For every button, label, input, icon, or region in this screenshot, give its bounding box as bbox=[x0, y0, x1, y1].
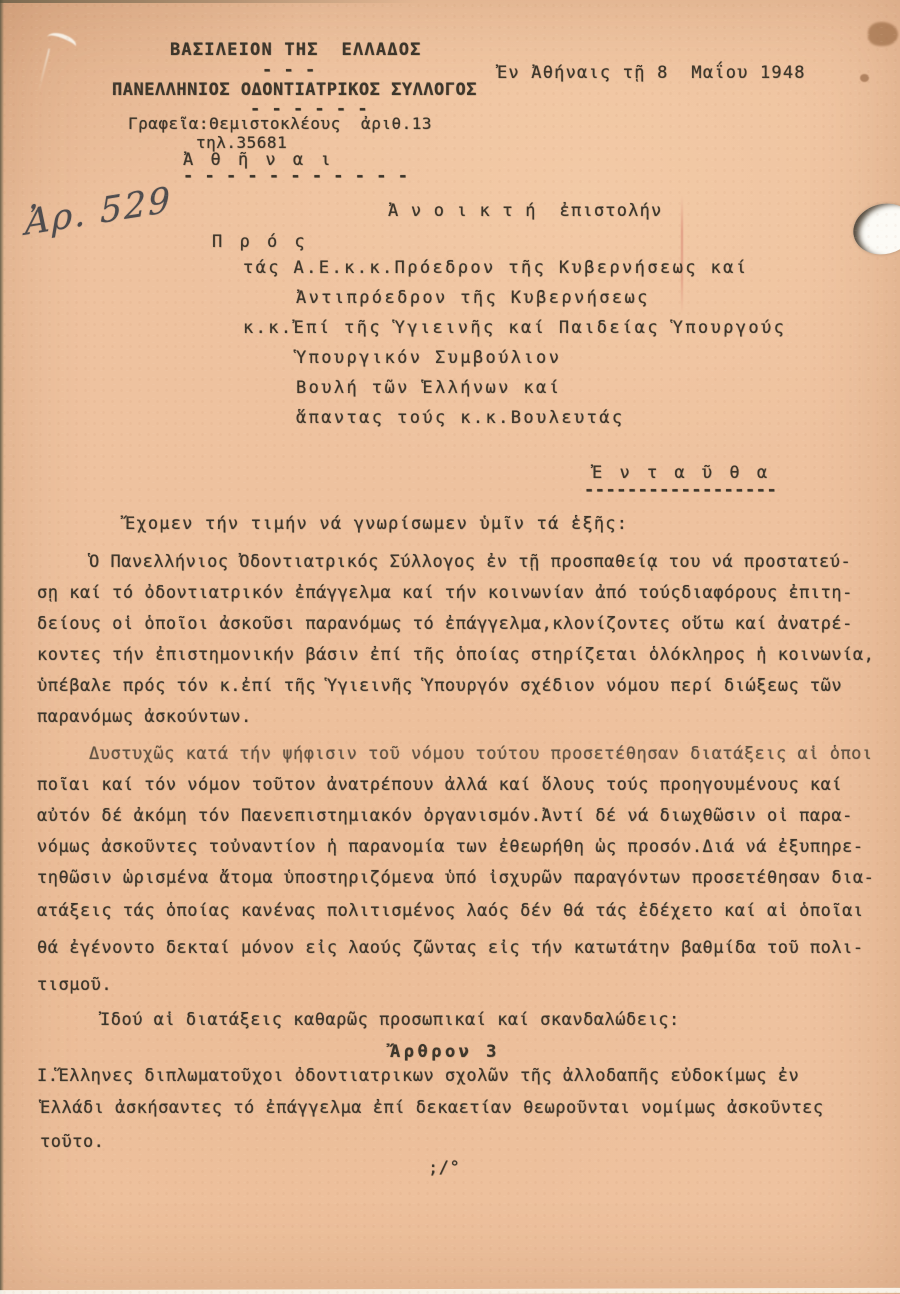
body-line: νόμως ἀσκοῦντες τοὐναντίον ἡ παρανομία τ… bbox=[37, 837, 864, 857]
letterhead-separator-3: - - - - - - - - - - - bbox=[183, 166, 408, 186]
article-heading: Ἄρθρον 3 bbox=[390, 1042, 500, 1062]
body-line: δείους οἱ ὁποῖοι ἀσκοῦσι παρανόμως τό ἐπ… bbox=[37, 614, 853, 634]
recipient-line: Ἀντιπρόεδρον τῆς Κυβερνήσεως bbox=[296, 288, 650, 308]
paper-top-edge-shadow bbox=[0, 0, 420, 3]
recipient-line: Ὑπουργικόν Συμβούλιον bbox=[296, 348, 561, 368]
letter-title: Ἀ ν ο ι κ τ ή ἐπιστολήν bbox=[388, 201, 662, 221]
salutation-pros: Π ρ ό ς bbox=[212, 232, 308, 252]
body-line: παρανόμως ἀσκούντων. bbox=[37, 707, 252, 727]
body-line: Ὁ Πανελλήνιος Ὀδοντιατρικός Σύλλογος ἐν … bbox=[37, 552, 851, 572]
letterhead-kingdom: ΒΑΣΙΛΕΙΟΝ ΤΗΣ ΕΛΛΑΔΟΣ bbox=[170, 40, 422, 60]
paper-scratch-tail bbox=[38, 48, 51, 91]
body-line: θά ἐγένοντο δεκταί μόνον εἰς λαούς ζῶντα… bbox=[37, 938, 864, 958]
ink-stain-small bbox=[860, 74, 869, 82]
ink-stain-large bbox=[868, 22, 898, 46]
paper-bottom-edge bbox=[0, 1288, 900, 1294]
body-line: τηθῶσιν ὡρισμένα ἄτομα ὑποστηριζόμενα ὑπ… bbox=[37, 868, 874, 888]
body-line: Ἑλλάδι ἀσκήσαντες τό ἐπάγγελμα ἐπί δεκαε… bbox=[40, 1098, 824, 1118]
recipient-line: κ.κ.Ἐπί τῆς Ὑγιεινῆς καί Παιδείας Ὑπουργ… bbox=[243, 318, 786, 338]
scanned-letter-page: ΒΑΣΙΛΕΙΟΝ ΤΗΣ ΕΛΛΑΔΟΣ - - - ΠΑΝΕΛΛΗΝΙΟΣ … bbox=[0, 0, 900, 1294]
body-line: τοῦτο. bbox=[40, 1132, 104, 1152]
date-line: Ἐν Ἀθήναις τῇ 8 Μαΐου 1948 bbox=[497, 63, 806, 83]
body-line: ποῖαι καί τόν νόμον τοῦτον ἀνατρέπουν ἀλ… bbox=[37, 775, 842, 795]
body-line: Δυστυχῶς κατά τήν ψήφισιν τοῦ νόμου τούτ… bbox=[37, 744, 873, 764]
body-intro: Ἔχομεν τήν τιμήν νά γνωρίσωμεν ὑμῖν τά ἑ… bbox=[125, 514, 628, 534]
recipient-line: Βουλή τῶν Ἑλλήνων καί bbox=[296, 378, 561, 398]
body-line: σῃ καί τό ὀδοντιατρικόν ἐπάγγελμα καί τή… bbox=[37, 583, 853, 603]
body-line: Ι.Ἕλληνες διπλωματοῦχοι ὀδοντιατρικων σχ… bbox=[37, 1066, 799, 1086]
red-paper-fiber bbox=[681, 196, 683, 314]
recipient-line: ἅπαντας τούς κ.κ.Βουλευτάς bbox=[296, 408, 625, 428]
letterhead-separator-1: - - - bbox=[262, 60, 316, 80]
recipient-line: τάς Α.Ε.κ.κ.Πρόεδρον τῆς Κυβερνήσεως καί bbox=[243, 258, 748, 278]
protocol-number-handwritten: Ἀρ. 529 bbox=[25, 180, 173, 244]
letterhead-association: ΠΑΝΕΛΛΗΝΙΟΣ ΟΔΟΝΤΙΑΤΡΙΚΟΣ ΣΥΛΛΟΓΟΣ bbox=[112, 80, 477, 100]
body-line: ὑπέβαλε πρός τόν κ.ἐπί τῆς Ὑγιεινῆς Ὑπου… bbox=[37, 676, 842, 696]
entautha-underline: ------------------ bbox=[584, 480, 777, 500]
body-line: τισμοῦ. bbox=[37, 975, 112, 995]
body-line: ατάξεις τάς ὁποίας κανένας πολιτισμένος … bbox=[37, 901, 864, 921]
body-idou-line: Ἰδού αἱ διατάξεις καθαρῶς προσωπικαί καί… bbox=[100, 1010, 680, 1030]
paper-left-edge-shadow bbox=[0, 0, 4, 1294]
continuation-mark: ;/° bbox=[428, 1158, 460, 1178]
body-line: αὐτόν δέ ἀκόμη τόν Παενεπιστημιακόν ὀργα… bbox=[37, 806, 853, 826]
torn-punch-hole bbox=[848, 197, 900, 261]
body-line: κοντες τήν ἐπιστημονικήν βάσιν ἐπί τῆς ὁ… bbox=[37, 645, 874, 665]
letterhead-offices: Γραφεῖα:Θεμιστοκλέους ἀριθ.13 bbox=[128, 114, 432, 133]
